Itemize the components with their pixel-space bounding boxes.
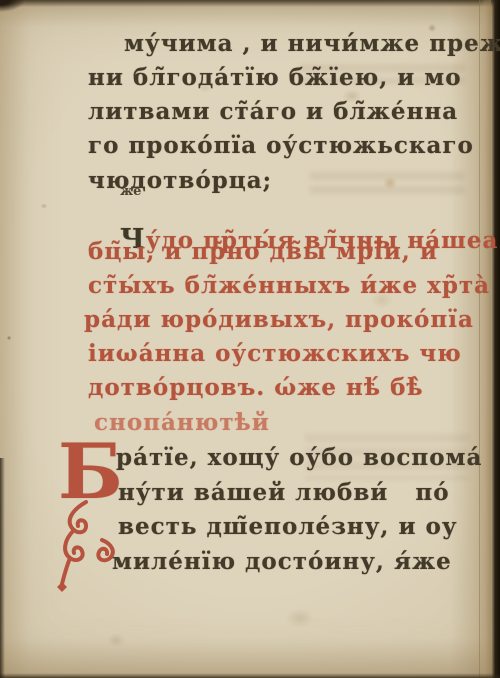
- rubric-line: ра́ди юро́дивыхъ, проко́пїа: [84, 306, 474, 333]
- text-line: го проко́пїа оу́стюжьскаго: [88, 132, 474, 159]
- manuscript-page: му́чима , и ничи́мже прежде́ ни бл̃года́…: [0, 0, 500, 678]
- text-line: му́чима , и ничи́мже прежде́: [124, 30, 500, 57]
- page-edge-left-bottom: [0, 458, 5, 678]
- text-line: миле́нїю досто́ину, я́же: [112, 548, 452, 575]
- page-edge-bottom: [0, 673, 500, 678]
- text-line: ни бл̃года́тїю бж̃їею, и мо: [88, 64, 462, 91]
- page-corner-top-left: [0, 0, 34, 16]
- leaf-stack-edge: [478, 0, 491, 678]
- rubric-line: дотво́рцовъ. ώже нѣ́ бѣ̀: [88, 374, 424, 401]
- text-line: ра́тїе, хощу́ оу́бо воспома́: [116, 444, 482, 471]
- dropcap-initial-B: Б: [58, 434, 123, 510]
- dropcap-flourish: [56, 500, 126, 592]
- page-edge-right: [491, 0, 500, 678]
- ink-showthrough: [310, 166, 465, 196]
- page-edge-top: [0, 0, 500, 7]
- text-line: литвами ст̃а́го и бл̃же́нна: [88, 98, 458, 125]
- rubric-line: бц̃ы, и пр̃но дв̃ы мр̃їи, и: [88, 238, 438, 265]
- page-crease-line: [479, 0, 480, 678]
- text-line: весть дш̃еполе́зну, и оу: [118, 513, 458, 540]
- text-line: ну́ти ва́шей любви́ по́: [118, 479, 450, 506]
- rubric-line: ст̃ы́хъ бл̃же́нныхъ и́же хр̃та̀: [88, 272, 490, 299]
- superscript-abbreviation: же: [120, 184, 141, 199]
- text-line: чюдотво́рца;: [88, 167, 272, 194]
- rubric-line: іиωа́нна оу́стюжскихъ чю: [88, 340, 462, 367]
